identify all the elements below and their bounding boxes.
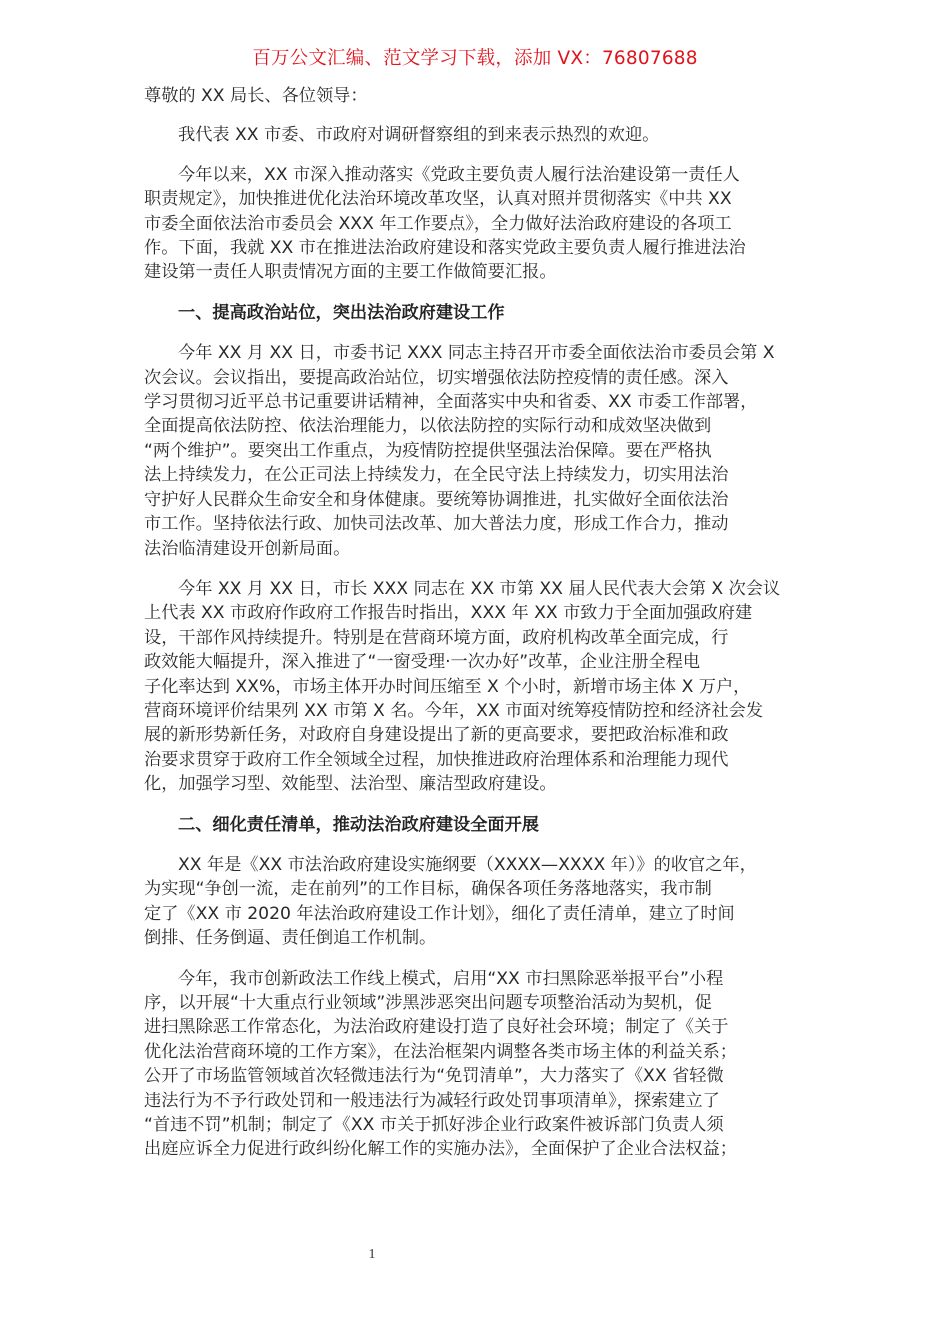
text-line: “首违不罚”机制；制定了《XX 市关于抓好涉企业行政案件被诉部门负责人须 xyxy=(144,1113,808,1137)
text-line: 进扫黑除恶工作常态化，为法治政府建设打造了良好社会环境；制定了《关于 xyxy=(144,1015,808,1039)
text-line: 化，加强学习型、效能型、法治型、廉洁型政府建设。 xyxy=(144,772,808,796)
text-line: 学习贯彻习近平总书记重要讲话精神，全面落实中央和省委、XX 市委工作部署， xyxy=(144,390,808,414)
text-line: 守护好人民群众生命安全和身体健康。要统筹协调推进，扎实做好全面依法治 xyxy=(144,488,808,512)
text-line: 公开了市场监管领域首次轻微违法行为“免罚清单”，大力落实了《XX 省轻微 xyxy=(144,1064,808,1088)
section-2-heading-block: 二、细化责任清单，推动法治政府建设全面开展 xyxy=(144,813,808,837)
welcome-paragraph: 我代表 XX 市委、市政府对调研督察组的到来表示热烈的欢迎。 xyxy=(144,123,808,147)
text-line: 法上持续发力，在公正司法上持续发力，在全民守法上持续发力，切实用法治 xyxy=(144,463,808,487)
text-line: 优化法治营商环境的工作方案》，在法治框架内调整各类市场主体的利益关系； xyxy=(144,1040,808,1064)
text-line: 今年 XX 月 XX 日，市长 XXX 同志在 XX 市第 XX 届人民代表大会… xyxy=(144,577,808,601)
salutation: 尊敬的 XX 局长、各位领导： xyxy=(144,84,808,108)
text-line: 上代表 XX 市政府作政府工作报告时指出，XXX 年 XX 市致力于全面加强政府… xyxy=(144,601,808,625)
section-2-paragraph-1: XX 年是《XX 市法治政府建设实施纲要（XXXX—XXXX 年）》的收官之年，… xyxy=(144,853,808,951)
section-1-paragraph-2: 今年 XX 月 XX 日，市长 XXX 同志在 XX 市第 XX 届人民代表大会… xyxy=(144,577,808,797)
document-body: 尊敬的 XX 局长、各位领导： 我代表 XX 市委、市政府对调研督察组的到来表示… xyxy=(144,84,808,1162)
text-line: 子化率达到 XX%，市场主体开办时间压缩至 X 个小时，新增市场主体 X 万户， xyxy=(144,675,808,699)
text-line: 市委全面依法治市委员会 XXX 年工作要点》，全力做好法治政府建设的各项工 xyxy=(144,212,808,236)
text-line: 我代表 XX 市委、市政府对调研督察组的到来表示热烈的欢迎。 xyxy=(144,123,808,147)
section-2-heading: 二、细化责任清单，推动法治政府建设全面开展 xyxy=(144,813,808,837)
text-line: 全面提高依法防控、依法治理能力，以依法防控的实际行动和成效坚决做到 xyxy=(144,414,808,438)
text-line: 今年，我市创新政法工作线上模式，启用“XX 市扫黑除恶举报平台”小程 xyxy=(144,967,808,991)
intro-paragraph: 今年以来，XX 市深入推动落实《党政主要负责人履行法治建设第一责任人 职责规定》… xyxy=(144,163,808,285)
text-line: 治要求贯穿于政府工作全领域全过程，加快推进政府治理体系和治理能力现代 xyxy=(144,748,808,772)
text-line: 设，干部作风持续提升。特别是在营商环境方面，政府机构改革全面完成，行 xyxy=(144,626,808,650)
text-line: 出庭应诉全力促进行政纠纷化解工作的实施办法》，全面保护了企业合法权益； xyxy=(144,1137,808,1161)
text-line: 职责规定》，加快推进优化法治环境改革攻坚，认真对照并贯彻落实《中共 XX xyxy=(144,187,808,211)
page-number: 1 xyxy=(362,1247,382,1263)
text-line: 次会议。会议指出，要提高政治站位，切实增强依法防控疫情的责任感。深入 xyxy=(144,366,808,390)
text-line: 今年以来，XX 市深入推动落实《党政主要负责人履行法治建设第一责任人 xyxy=(144,163,808,187)
section-1-heading-block: 一、提高政治站位，突出法治政府建设工作 xyxy=(144,301,808,325)
text-line: 定了《XX 市 2020 年法治政府建设工作计划》，细化了责任清单，建立了时间 xyxy=(144,902,808,926)
text-line: 倒排、任务倒逼、责任倒追工作机制。 xyxy=(144,926,808,950)
text-line: 展的新形势新任务，对政府自身建设提出了新的更高要求，要把政治标准和政 xyxy=(144,723,808,747)
document-page: 百万公文汇编、范文学习下载，添加 VX：76807688 尊敬的 XX 局长、各… xyxy=(0,0,950,1344)
section-2-paragraph-2: 今年，我市创新政法工作线上模式，启用“XX 市扫黑除恶举报平台”小程 序，以开展… xyxy=(144,967,808,1162)
section-1-heading: 一、提高政治站位，突出法治政府建设工作 xyxy=(144,301,808,325)
section-1-paragraph-1: 今年 XX 月 XX 日，市委书记 XXX 同志主持召开市委全面依法治市委员会第… xyxy=(144,341,808,561)
text-line: 今年 XX 月 XX 日，市委书记 XXX 同志主持召开市委全面依法治市委员会第… xyxy=(144,341,808,365)
text-line: 建设第一责任人职责情况方面的主要工作做简要汇报。 xyxy=(144,260,808,284)
text-line: 作。下面，我就 XX 市在推进法治政府建设和落实党政主要负责人履行推进法治 xyxy=(144,236,808,260)
text-line: 违法行为不予行政处罚和一般违法行为减轻行政处罚事项清单》，探索建立了 xyxy=(144,1089,808,1113)
promo-banner: 百万公文汇编、范文学习下载，添加 VX：76807688 xyxy=(0,46,950,72)
text-line: 政效能大幅提升，深入推进了“一窗受理·一次办好”改革，企业注册全程电 xyxy=(144,650,808,674)
text-line: 营商环境评价结果列 XX 市第 X 名。今年，XX 市面对统筹疫情防控和经济社会… xyxy=(144,699,808,723)
text-line: 尊敬的 XX 局长、各位领导： xyxy=(144,84,808,108)
text-line: “两个维护”。要突出工作重点，为疫情防控提供坚强法治保障。要在严格执 xyxy=(144,439,808,463)
text-line: XX 年是《XX 市法治政府建设实施纲要（XXXX—XXXX 年）》的收官之年， xyxy=(144,853,808,877)
text-line: 法治临清建设开创新局面。 xyxy=(144,537,808,561)
text-line: 为实现“争创一流，走在前列”的工作目标，确保各项任务落地落实，我市制 xyxy=(144,877,808,901)
text-line: 市工作。坚持依法行政、加快司法改革、加大普法力度，形成工作合力，推动 xyxy=(144,512,808,536)
text-line: 序，以开展“十大重点行业领域”涉黑涉恶突出问题专项整治活动为契机，促 xyxy=(144,991,808,1015)
